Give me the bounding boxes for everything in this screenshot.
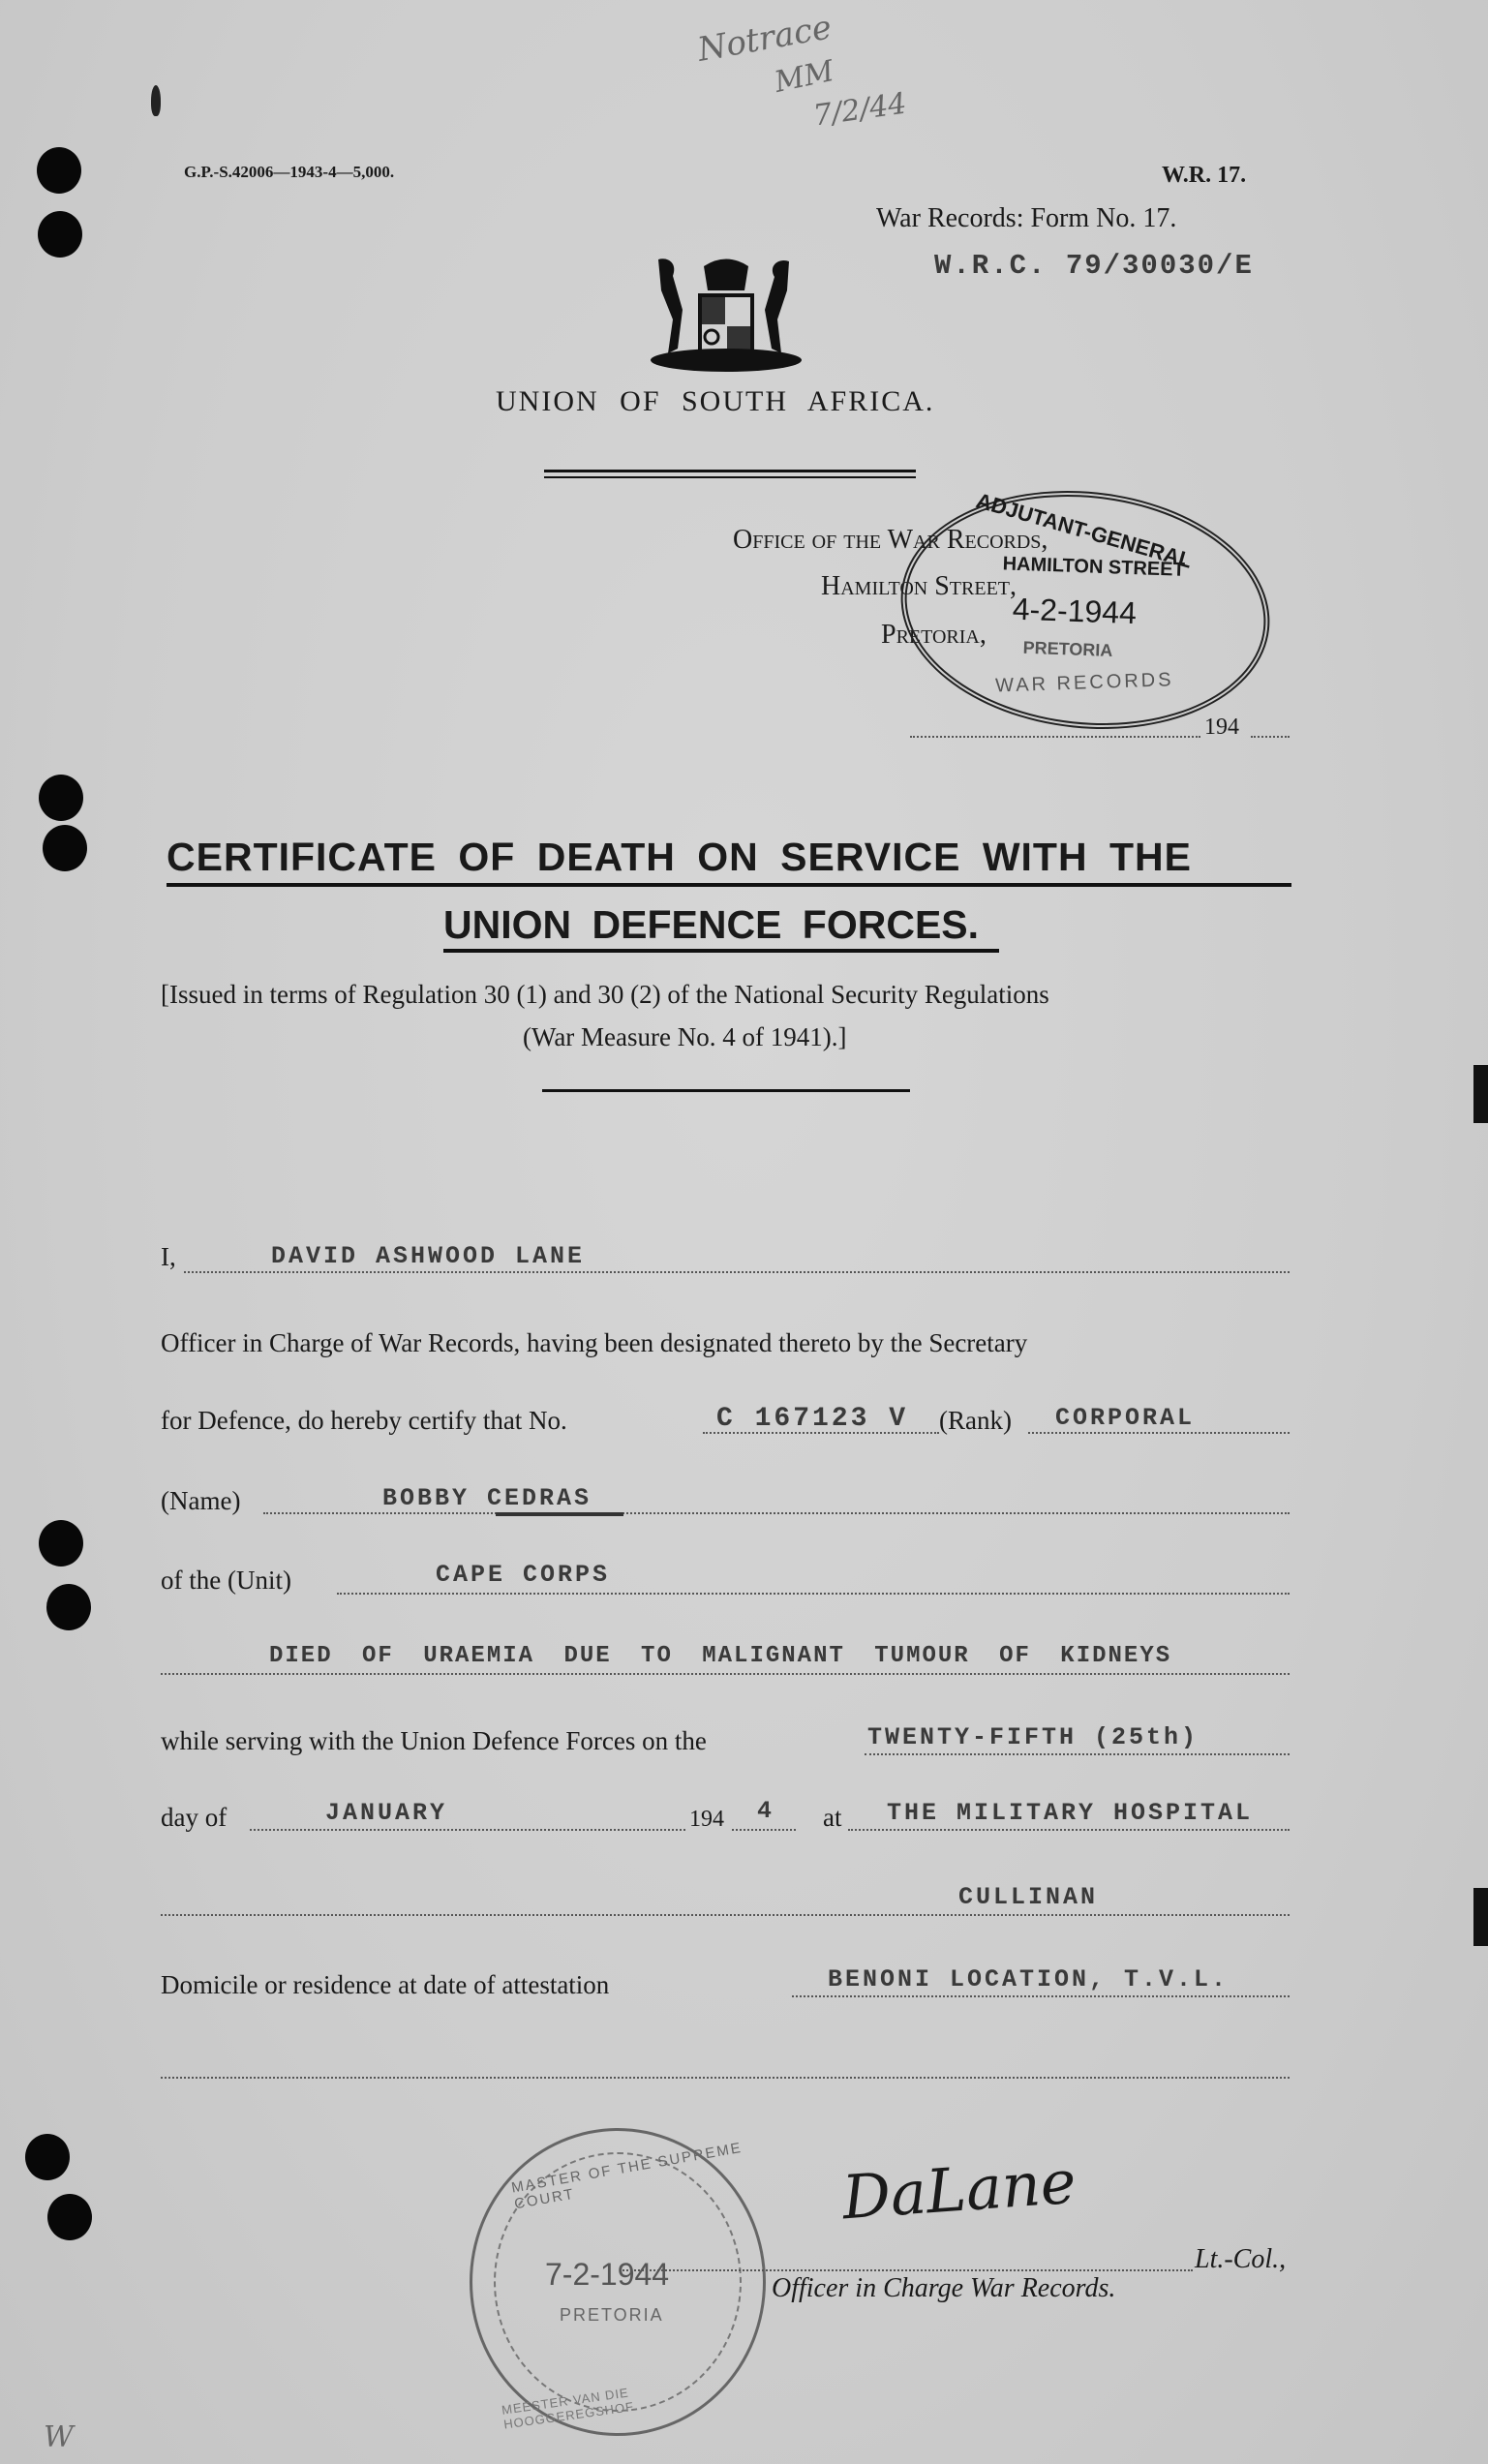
handwritten-date: 7/2/44 bbox=[811, 86, 908, 133]
officer-designation-text: Officer in Charge of War Records, having… bbox=[161, 1328, 1027, 1358]
stamp-date: 4-2-1944 bbox=[1012, 592, 1137, 631]
service-number-value: C 167123 V bbox=[716, 1404, 908, 1434]
day-of-label: day of bbox=[161, 1803, 227, 1833]
stamp-bottom-text: WAR RECORDS bbox=[995, 669, 1174, 697]
title-underline bbox=[443, 949, 999, 953]
place-line-2-value: CULLINAN bbox=[958, 1883, 1098, 1911]
unit-value: CAPE CORPS bbox=[436, 1561, 610, 1589]
issued-note-line-2: (War Measure No. 4 of 1941).] bbox=[523, 1022, 846, 1052]
certificate-title-line-2: UNION DEFENCE FORCES. bbox=[443, 902, 979, 948]
officer-name-field-line bbox=[184, 1271, 1290, 1273]
cause-field-line bbox=[161, 1673, 1290, 1675]
coat-of-arms-icon bbox=[644, 252, 808, 376]
punch-hole bbox=[47, 2194, 92, 2240]
domicile-label: Domicile or residence at date of attesta… bbox=[161, 1970, 609, 2000]
place-line-1-value: THE MILITARY HOSPITAL bbox=[887, 1799, 1253, 1827]
year-field-line bbox=[732, 1829, 796, 1831]
stamp-city: PRETORIA bbox=[1022, 638, 1112, 661]
handwritten-corner-mark: W bbox=[44, 2420, 74, 2454]
unit-field-line bbox=[337, 1593, 1290, 1595]
at-label: at bbox=[823, 1803, 842, 1833]
officer-name-value: DAVID ASHWOOD LANE bbox=[271, 1242, 585, 1270]
divider bbox=[544, 476, 916, 478]
punch-hole bbox=[39, 1520, 83, 1567]
rank-field-line bbox=[1028, 1432, 1290, 1434]
war-records-stamp: ADJUTANT-GENERAL HAMILTON STREET 4-2-194… bbox=[889, 473, 1281, 747]
month-field-line bbox=[250, 1829, 685, 1831]
certify-label: for Defence, do hereby certify that No. bbox=[161, 1406, 567, 1436]
ink-mark bbox=[151, 85, 161, 116]
year-digit-value: 4 bbox=[757, 1797, 774, 1825]
handwritten-initials: MM bbox=[772, 54, 836, 100]
cause-of-death-value: DIED OF URAEMIA DUE TO MALIGNANT TUMOUR … bbox=[269, 1643, 1171, 1669]
day-field-line bbox=[865, 1753, 1290, 1755]
certificate-title-line-1: CERTIFICATE OF DEATH ON SERVICE WITH THE bbox=[167, 835, 1291, 880]
stamp-date: 7-2-1944 bbox=[545, 2257, 669, 2293]
date-suffix: 194 bbox=[1204, 715, 1239, 741]
place-field-line-2 bbox=[161, 1914, 1290, 1916]
domicile-field-line bbox=[792, 1995, 1290, 1997]
file-reference: W.R.C. 79/30030/E bbox=[934, 250, 1254, 282]
name-field-line bbox=[263, 1512, 1290, 1514]
stamp-city: PRETORIA bbox=[560, 2305, 664, 2326]
form-code: W.R. 17. bbox=[1162, 163, 1246, 189]
punch-hole bbox=[37, 147, 81, 194]
punch-hole bbox=[43, 825, 87, 871]
divider bbox=[544, 470, 916, 472]
punch-hole bbox=[38, 211, 82, 258]
divider bbox=[542, 1089, 910, 1092]
print-code: G.P.-S.42006—1943-4—5,000. bbox=[184, 163, 394, 182]
edge-tab bbox=[1473, 1888, 1488, 1946]
name-label: (Name) bbox=[161, 1486, 240, 1516]
date-field-line bbox=[1251, 736, 1290, 738]
rank-value: CORPORAL bbox=[1055, 1404, 1195, 1432]
deceased-name-value: BOBBY CEDRAS bbox=[382, 1484, 592, 1512]
place-field-line bbox=[848, 1829, 1290, 1831]
unit-label: of the (Unit) bbox=[161, 1566, 291, 1596]
domicile-field-line-2 bbox=[161, 2077, 1290, 2079]
serving-label: while serving with the Union Defence For… bbox=[161, 1726, 707, 1756]
day-value: TWENTY-FIFTH (25th) bbox=[867, 1723, 1199, 1751]
punch-hole bbox=[46, 1584, 91, 1630]
year-prefix: 194 bbox=[689, 1807, 724, 1833]
form-title: War Records: Form No. 17. bbox=[876, 203, 1176, 234]
edge-tab bbox=[1473, 1065, 1488, 1123]
name-underline-mark bbox=[496, 1512, 623, 1516]
title-underline bbox=[167, 883, 1291, 887]
issued-note-line-1: [Issued in terms of Regulation 30 (1) an… bbox=[161, 980, 1049, 1010]
i-label: I, bbox=[161, 1242, 176, 1272]
month-value: JANUARY bbox=[325, 1799, 447, 1827]
domicile-value: BENONI LOCATION, T.V.L. bbox=[828, 1965, 1229, 1993]
certificate-page: Notrace MM 7/2/44 W G.P.-S.42006—1943-4—… bbox=[0, 0, 1488, 2464]
punch-hole bbox=[25, 2134, 70, 2180]
officer-signature: DaLane bbox=[840, 2146, 1078, 2234]
rank-suffix: Lt.-Col., bbox=[1195, 2244, 1286, 2275]
country-heading: UNION OF SOUTH AFRICA. bbox=[496, 385, 934, 418]
rank-label: (Rank) bbox=[939, 1406, 1012, 1436]
signatory-title: Officer in Charge War Records. bbox=[772, 2273, 1115, 2304]
date-field-line bbox=[910, 736, 1200, 738]
master-supreme-court-stamp: MASTER OF THE SUPREME COURT 7-2-1944 PRE… bbox=[470, 2128, 766, 2436]
punch-hole bbox=[39, 775, 83, 821]
signature-line bbox=[620, 2269, 1193, 2271]
